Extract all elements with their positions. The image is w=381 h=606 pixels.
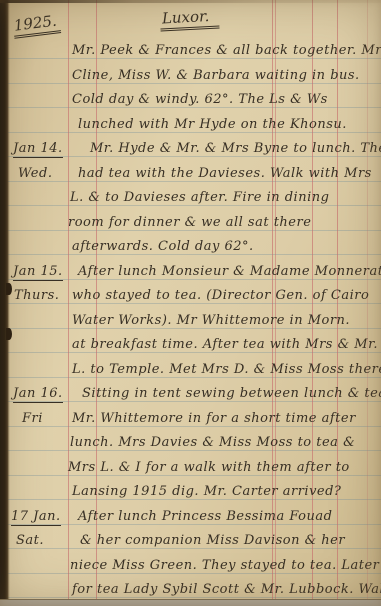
date-label: Jan 16. [13, 386, 63, 403]
binding-nick [6, 283, 12, 295]
diary-line-text: Water Works). Mr Whittemore in Morn. [72, 313, 350, 329]
diary-line-text: afterwards. Cold day 62°. [72, 239, 254, 255]
diary-page: 1925. Luxor. Mr. Peek & Frances & all ba… [0, 0, 381, 606]
diary-line-text: Mr. Whittemore in for a short time after [72, 411, 356, 427]
diary-line-text: lunched with Mr Hyde on the Khonsu. [78, 117, 347, 133]
diary-line-text: Cline, Miss W. & Barbara waiting in bus. [72, 68, 360, 84]
diary-line-text: for tea Lady Sybil Scott & Mr. Lubbock. … [72, 582, 381, 598]
weekday-label: Sat. [16, 533, 44, 549]
margin-rule-line [68, 0, 69, 606]
diary-line-text: had tea with the Davieses. Walk with Mrs [78, 166, 372, 182]
diary-line-text: L. & to Davieses after. Fire in dining [70, 190, 329, 206]
diary-line-text: Lansing 1915 dig. Mr. Carter arrived? [72, 484, 341, 500]
diary-line-text: niece Miss Green. They stayed to tea. La… [70, 558, 379, 574]
date-label: 17 Jan. [11, 509, 61, 526]
date-label: Jan 15. [13, 264, 63, 281]
binding-edge [0, 0, 10, 606]
weekday-label: Thurs. [14, 288, 59, 304]
diary-line-text: After lunch Princess Bessima Fouad [78, 509, 332, 525]
diary-line-text: Cold day & windy. 62°. The Ls & Ws [72, 92, 328, 108]
diary-line-text: lunch. Mrs Davies & Miss Moss to tea & [70, 435, 355, 451]
diary-line-text: Mr. Peek & Frances & all back together. … [72, 43, 381, 59]
year-label: 1925. [12, 11, 61, 39]
diary-line-text: at breakfast time. After tea with Mrs & … [72, 337, 378, 353]
diary-line-text: Mr. Hyde & Mr. & Mrs Byne to lunch. They [90, 141, 381, 157]
diary-line-text: room for dinner & we all sat there [68, 215, 311, 231]
diary-line-text: Sitting in tent sewing between lunch & t… [82, 386, 381, 402]
diary-line-text: L. to Temple. Met Mrs D. & Miss Moss the… [72, 362, 381, 378]
diary-line-text: Mrs L. & I for a walk with them after to [68, 460, 350, 476]
weekday-label: Wed. [18, 166, 52, 182]
diary-line-text: who stayed to tea. (Director Gen. of Cai… [72, 288, 369, 304]
page-top-edge [0, 0, 381, 3]
diary-line-text: & her companion Miss Davison & her [80, 533, 345, 549]
binding-nick [6, 328, 12, 340]
date-label: Jan 14. [13, 141, 63, 158]
weekday-label: Fri [22, 411, 43, 427]
diary-line-text: After lunch Monsieur & Madame Monnerat [78, 264, 381, 280]
page-title: Luxor. [159, 6, 219, 31]
page-bottom-edge [0, 599, 381, 606]
